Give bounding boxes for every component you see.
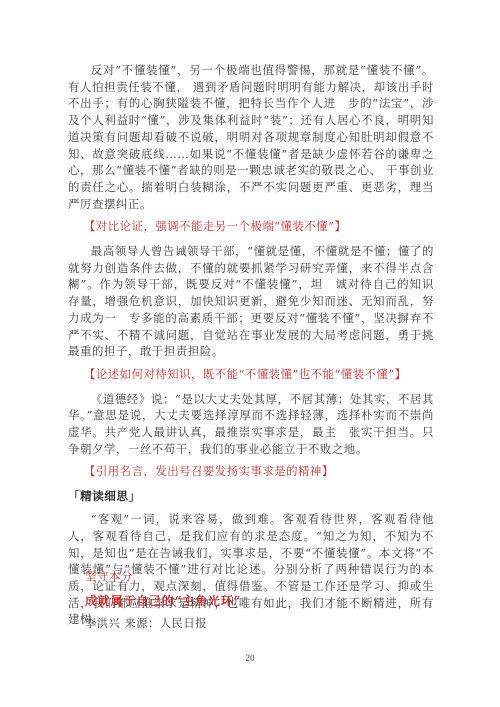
page-number: 20 [0, 653, 500, 663]
annotation-quote: 【引用名言，发出号召要发扬实事求是的精神】 [68, 463, 434, 480]
paragraph-2: 最高领导人曾告诫领导干部，“懂就是懂，不懂就是不懂；懂了的就努力创造条件去做，不… [68, 243, 434, 360]
annotation-knowledge: 【论述如何对待知识，既不能“不懂装懂”也不能“懂装不懂”】 [68, 366, 434, 383]
article-byline: 李洪兴 来源：人民日报 [85, 615, 207, 631]
document-page: 反对“不懂装懂”，另一个极端也值得警惕，那就是“懂装不懂”。有人怕担责任装不懂，… [68, 62, 434, 634]
paragraph-3: 《道德经》说：“是以大丈夫处其厚，不居其薄；处其实，不居其华。”意思是说，大丈夫… [68, 391, 434, 458]
section-heading-close-reading: 「精读细思」 [68, 488, 434, 504]
article-title: 成就属于自己的“主角光环” [85, 592, 241, 609]
annotation-contrast-argument: 【对比论证，强调不能走另一个极端“懂装不懂”】 [68, 218, 434, 235]
column-label: 坚守本分 [85, 568, 133, 584]
paragraph-1: 反对“不懂装懂”，另一个极端也值得警惕，那就是“懂装不懂”。有人怕担责任装不懂，… [68, 62, 434, 212]
